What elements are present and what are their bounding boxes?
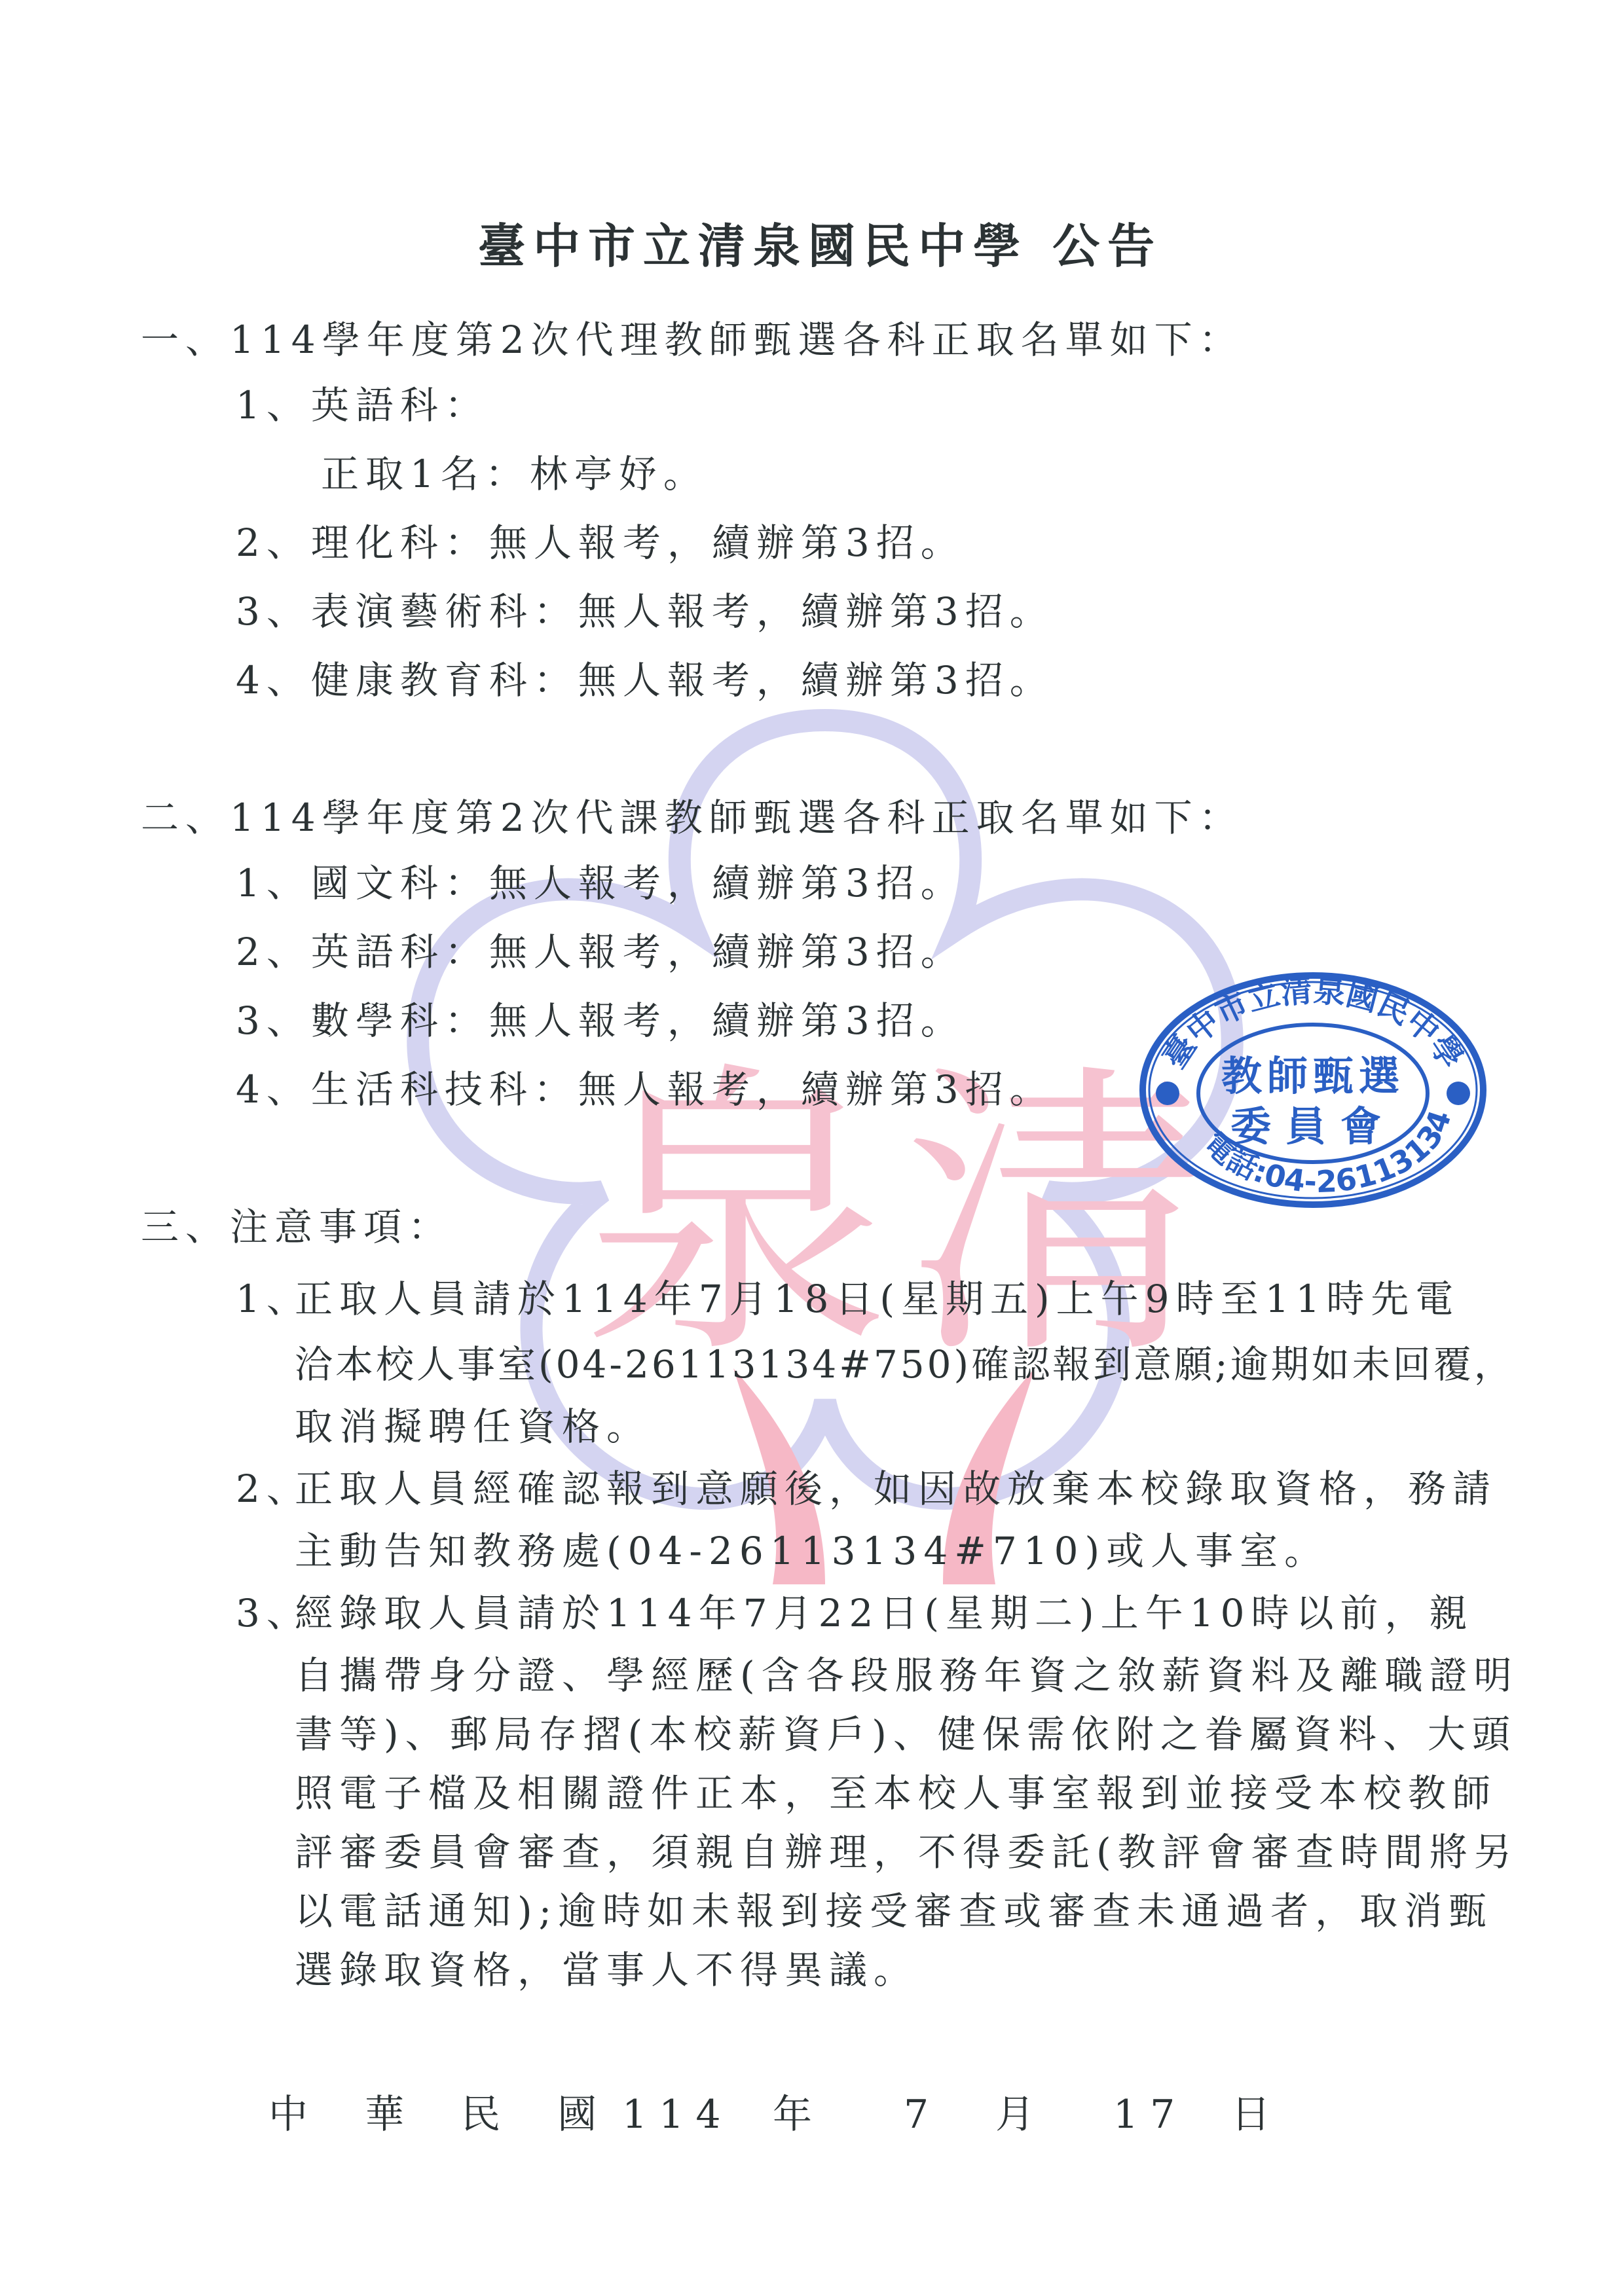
date-month-unit: 月 xyxy=(995,2095,1113,2134)
note-2-line-2: 主動告知教務處(04-26113134#710)或人事室。 xyxy=(295,1532,1329,1570)
section-2-item-1: 1、國文科：無人報考，續辦第3招。 xyxy=(236,864,965,902)
section-1-item-4: 4、健康教育科：無人報考，續辦第3招。 xyxy=(236,661,1054,699)
announcement-page: 泉 清 臺中市立清泉國民中學 公告 一、114學年度第2次代理教師甄選各科正取名… xyxy=(0,0,1624,2296)
date-year-unit: 年 xyxy=(773,2095,904,2134)
committee-seal-stamp: 臺中市立清泉國民中學 教師甄選 委員會 電話:04-26113134 xyxy=(1136,969,1490,1211)
section-1-item-2: 2、理化科：無人報考，續辦第3招。 xyxy=(236,524,965,562)
note-2-line-1: 正取人員經確認報到意願後，如因故放棄本校錄取資格，務請 xyxy=(295,1470,1497,1508)
note-3-line-4: 照電子檔及相關證件正本，至本校人事室報到並接受本校教師 xyxy=(295,1774,1497,1812)
date-day-unit: 日 xyxy=(1231,2095,1277,2134)
plum-flower-icon-left xyxy=(1156,1082,1179,1105)
section-1-item-1: 1、英語科： xyxy=(236,386,489,424)
note-1-line-3: 取消擬聘任資格。 xyxy=(295,1408,651,1446)
date-year: 114 xyxy=(622,2095,773,2134)
note-3-line-6: 以電話通知);逾時如未報到接受審查或審查未通過者，取消甄 xyxy=(295,1892,1493,1930)
plum-flower-icon-right xyxy=(1447,1082,1470,1105)
section-2-item-4: 4、生活科技科：無人報考，續辦第3招。 xyxy=(236,1070,1054,1108)
note-3-line-5: 評審委員會審查，須親自辦理，不得委託(教評會審查時間將另 xyxy=(295,1833,1519,1871)
announcement-date: 中 華 民 國 114 年 7 月 17 日 xyxy=(268,2095,1277,2134)
section-2-heading: 二、114學年度第2次代課教師甄選各科正取名單如下： xyxy=(141,799,1244,837)
section-1-item-3: 3、表演藝術科：無人報考，續辦第3招。 xyxy=(236,592,1054,630)
date-month: 7 xyxy=(904,2095,995,2134)
note-3-line-2: 自攜帶身分證、學經歷(含各段服務年資之敘薪資料及離職證明 xyxy=(295,1656,1519,1694)
page-title: 臺中市立清泉國民中學 公告 xyxy=(478,223,1162,270)
note-3-line-1: 經錄取人員請於114年7月22日(星期二)上午10時以前，親 xyxy=(295,1594,1473,1632)
note-1-line-2: 洽本校人事室(04-26113134#750)確認報到意願;逾期如未回覆， xyxy=(295,1345,1515,1383)
section-1-heading: 一、114學年度第2次代理教師甄選各科正取名單如下： xyxy=(141,321,1244,359)
section-2-item-2: 2、英語科：無人報考，續辦第3招。 xyxy=(236,933,965,971)
date-day: 17 xyxy=(1113,2095,1231,2134)
note-3-line-3: 書等)、郵局存摺(本校薪資戶)、健保需依附之眷屬資料、大頭 xyxy=(295,1715,1517,1753)
note-1-line-1: 正取人員請於114年7月18日(星期五)上午9時至11時先電 xyxy=(295,1280,1460,1318)
stamp-inner-line-2: 委員會 xyxy=(1230,1102,1395,1150)
date-era: 中 華 民 國 xyxy=(268,2095,622,2134)
stamp-inner-line-1: 教師甄選 xyxy=(1221,1052,1405,1100)
note-3-line-7: 選錄取資格，當事人不得異議。 xyxy=(295,1951,918,1989)
section-3-heading: 三、注意事項： xyxy=(141,1208,452,1246)
section-1-item-1-detail: 正取1名：林亭妤。 xyxy=(321,455,708,493)
section-2-item-3: 3、數學科：無人報考，續辦第3招。 xyxy=(236,1002,965,1040)
